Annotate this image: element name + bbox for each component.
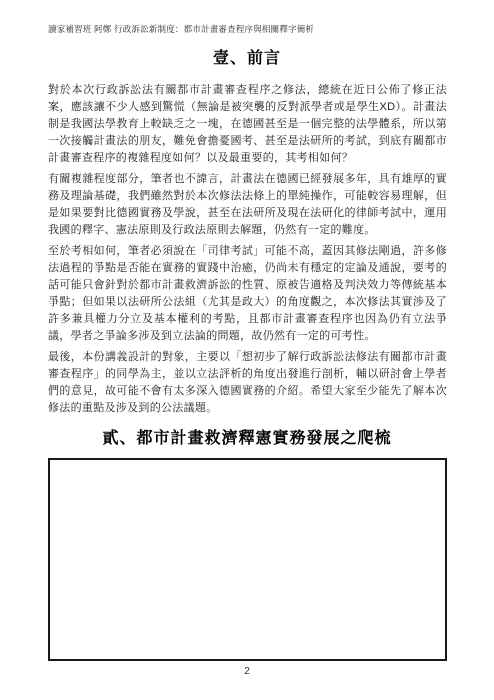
empty-content-box	[48, 458, 447, 661]
section-1-body: 對於本次行政訴訟法有關都市計畫審查程序之修法，總統在近日公佈了修正法案，應該讓不…	[48, 82, 447, 417]
section-2-title: 貳、都市計畫救濟釋憲實務發展之爬梳	[0, 428, 494, 449]
paragraph-4: 最後，本份講義設計的對象，主要以「想初步了解行政訴訟法修法有關都市計畫審查程序」…	[48, 349, 447, 417]
paragraph-3: 至於考相如何，筆者必須說在「司律考試」可能不高，蓋因其修法剛過，許多修法過程的爭…	[48, 243, 447, 345]
paragraph-1: 對於本次行政訴訟法有關都市計畫審查程序之修法，總統在近日公佈了修正法案，應該讓不…	[48, 82, 447, 167]
document-page: 讀家補習班 阿鄭 行政訴訟新制度：都市計畫審查程序與相關釋字簡析 壹、前言 對於…	[0, 0, 494, 700]
page-header: 讀家補習班 阿鄭 行政訴訟新制度：都市計畫審查程序與相關釋字簡析	[48, 0, 447, 35]
paragraph-2: 有關複雜程度部分，筆者也不諱言，計畫法在德國已經發展多年，具有雄厚的實務及理論基…	[48, 171, 447, 239]
page-number: 2	[0, 666, 494, 678]
section-1-title: 壹、前言	[0, 49, 494, 69]
